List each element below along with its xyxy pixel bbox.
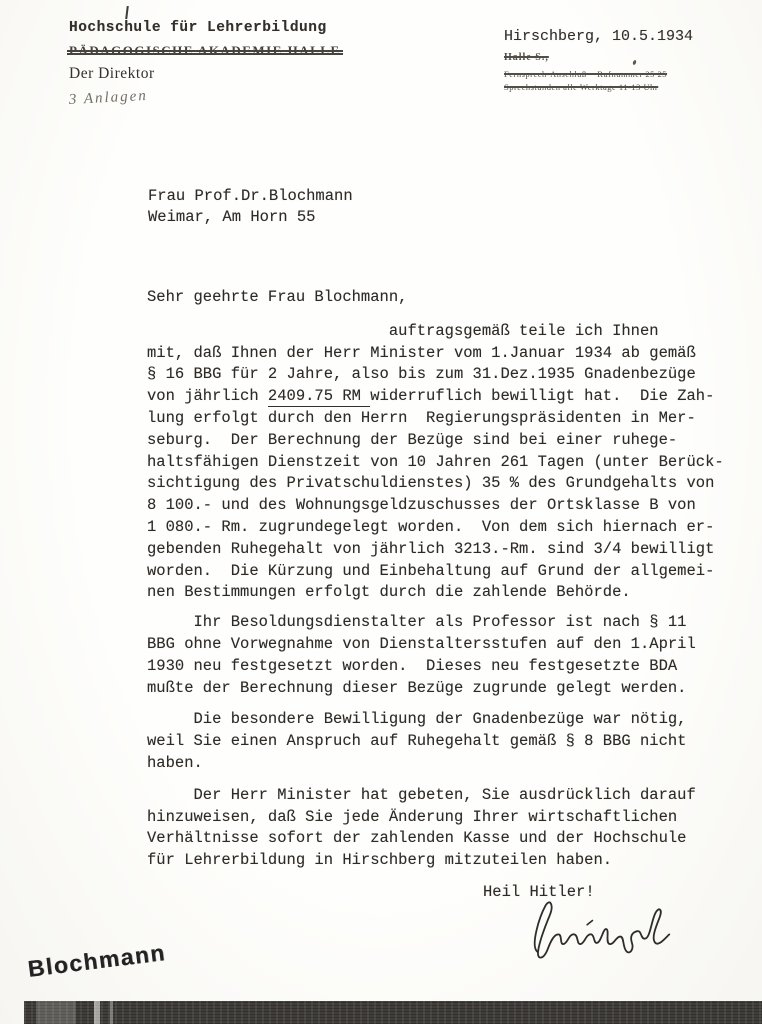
typed-line: 1930 neu festgesetzt worden. Dieses neu … — [147, 656, 724, 678]
scanbar-light-patch — [36, 1001, 76, 1024]
letterhead-left: Hochschule für Lehrerbildung PÄDAGOGISCH… — [69, 20, 341, 109]
institution-name: Hochschule für Lehrerbildung — [69, 20, 341, 36]
paragraph-1: auftragsgemäß teile ich Ihnen mit, daß I… — [147, 321, 724, 604]
typed-line: gebenden Ruhegehalt von jährlich 3213.-R… — [147, 539, 724, 561]
signature-scrawl — [526, 896, 676, 960]
struck-letterhead-line: Sprechstunden alle Werktage 11-13 Uhr — [504, 82, 693, 92]
typed-line: mußte der Berechnung dieser Bezüge zugru… — [147, 678, 724, 700]
typed-line: hinzuweisen, daß Sie jede Änderung Ihrer… — [147, 807, 724, 829]
amount-line-pre: von jährlich — [147, 387, 268, 405]
typed-line: § 16 BBG für 2 Jahre, also bis zum 31.De… — [147, 364, 724, 386]
place-date: Hirschberg, 10.5.1934 — [504, 28, 693, 45]
pen-mark — [125, 6, 129, 19]
amount-line-post: widerruflich bewilligt hat. Die Zah- — [370, 387, 714, 405]
letter-body: Sehr geehrte Frau Blochmann, auftragsgem… — [147, 287, 724, 904]
scan-artifact-bar — [24, 1001, 762, 1024]
typed-line: weil Sie einen Anspruch auf Ruhegehalt g… — [147, 731, 724, 753]
scanned-letter-page: Hochschule für Lehrerbildung PÄDAGOGISCH… — [0, 0, 762, 1024]
name-stamp: Blochmann — [26, 939, 167, 983]
recipient-address: Weimar, Am Horn 55 — [148, 207, 353, 228]
paragraph-4: Der Herr Minister hat gebeten, Sie ausdr… — [147, 785, 724, 872]
struck-letterhead-line: Halle S., — [504, 52, 693, 63]
former-name-struck: PÄDAGOGISCHE AKADEMIE HALLE — [69, 43, 341, 59]
paragraph-2: Ihr Besoldungsdienstalter als Professor … — [147, 612, 724, 699]
typed-line: nen Bestimmungen erfolgt durch die zahle… — [147, 582, 724, 604]
typed-line: für Lehrerbildung in Hirschberg mitzutei… — [147, 850, 724, 872]
typed-line-with-amount: von jährlich 2409.75 RM widerruflich bew… — [147, 386, 724, 408]
grant-amount-underlined: 2409.75 RM — [268, 387, 370, 407]
typed-line: 1 080.- Rm. zugrundegelegt worden. Von d… — [147, 517, 724, 539]
typed-line: worden. Die Kürzung und Einbehaltung auf… — [147, 561, 724, 583]
recipient-block: Frau Prof.Dr.Blochmann Weimar, Am Horn 5… — [148, 186, 353, 228]
typed-line: sichtigung des Privatschuldienstes) 35 %… — [147, 473, 724, 495]
typed-line: haltsfähigen Dienstzeit von 10 Jahren 26… — [147, 452, 724, 474]
typed-line: haben. — [147, 753, 724, 775]
typed-line: Die besondere Bewilligung der Gnadenbezü… — [147, 709, 724, 731]
scanbar-streak — [94, 1001, 100, 1024]
typed-line: mit, daß Ihnen der Herr Minister vom 1.J… — [147, 343, 724, 365]
typed-line: auftragsgemäß teile ich Ihnen — [147, 321, 724, 343]
struck-letterhead-line: Fernsprech-Anschluß = Rufnummer 25 25 — [504, 69, 693, 79]
typed-line: Verhältnisse sofort der zahlenden Kasse … — [147, 828, 724, 850]
letterhead-right: Hirschberg, 10.5.1934 Halle S., Fernspre… — [504, 28, 693, 92]
typed-line: lung erfolgt durch den Herrn Regierungsp… — [147, 408, 724, 430]
paragraph-3: Die besondere Bewilligung der Gnadenbezü… — [147, 709, 724, 774]
typed-line: 8 100.- und des Wohnungsgeldzuschusses d… — [147, 495, 724, 517]
typed-line: seburg. Der Berechnung der Bezüge sind b… — [147, 430, 724, 452]
recipient-name: Frau Prof.Dr.Blochmann — [148, 186, 353, 207]
typed-line: BBG ohne Vorwegnahme von Dienstaltersstu… — [147, 634, 724, 656]
scanbar-streak — [110, 1001, 113, 1024]
typed-line: Ihr Besoldungsdienstalter als Professor … — [147, 612, 724, 634]
typed-line: Der Herr Minister hat gebeten, Sie ausdr… — [147, 785, 724, 807]
salutation: Sehr geehrte Frau Blochmann, — [147, 287, 724, 309]
